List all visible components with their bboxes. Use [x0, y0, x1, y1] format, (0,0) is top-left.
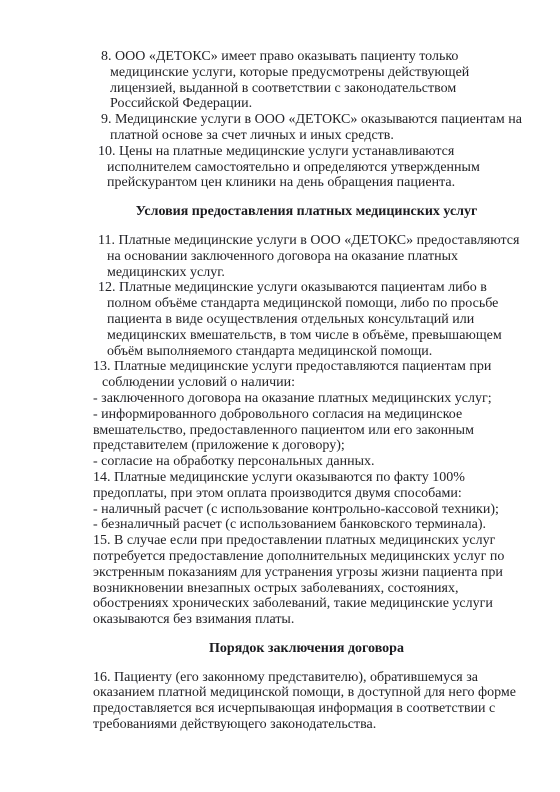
dash-bullet-cash-payment: - наличный расчет (с использование контр… — [93, 502, 536, 518]
dash-bullet-cashless-payment: - безналичный расчет (с использованием б… — [93, 517, 536, 533]
paragraph-item-12: 12. Платные медицинские услуги оказывают… — [93, 280, 536, 359]
document-page: 8. ООО «ДЕТОКС» имеет право оказывать па… — [0, 0, 560, 792]
dash-bullet-personal-data: - согласие на обработку персональных дан… — [93, 454, 536, 470]
subheading-paid-services-conditions: Условия предоставления платных медицинск… — [85, 204, 528, 220]
paragraph-item-13: 13. Платные медицинские услуги предостав… — [93, 359, 536, 391]
paragraph-item-14: 14. Платные медицинские услуги оказывают… — [93, 470, 536, 502]
paragraph-item-9: 9. Медицинские услуги в ООО «ДЕТОКС» ока… — [93, 112, 536, 144]
dash-bullet-informed-consent: - информированного добровольного согласи… — [93, 407, 536, 454]
subheading-contract-procedure: Порядок заключения договора — [85, 641, 528, 657]
paragraph-item-11: 11. Платные медицинские услуги в ООО «ДЕ… — [93, 233, 536, 280]
dash-bullet-contract: - заключенного договора на оказание плат… — [93, 391, 536, 407]
paragraph-item-16: 16. Пациенту (его законному представител… — [93, 670, 536, 733]
paragraph-item-10: 10. Цены на платные медицинские услуги у… — [93, 144, 536, 191]
paragraph-item-15: 15. В случае если при предоставлении пла… — [93, 533, 536, 628]
paragraph-item-8: 8. ООО «ДЕТОКС» имеет право оказывать па… — [93, 49, 536, 112]
